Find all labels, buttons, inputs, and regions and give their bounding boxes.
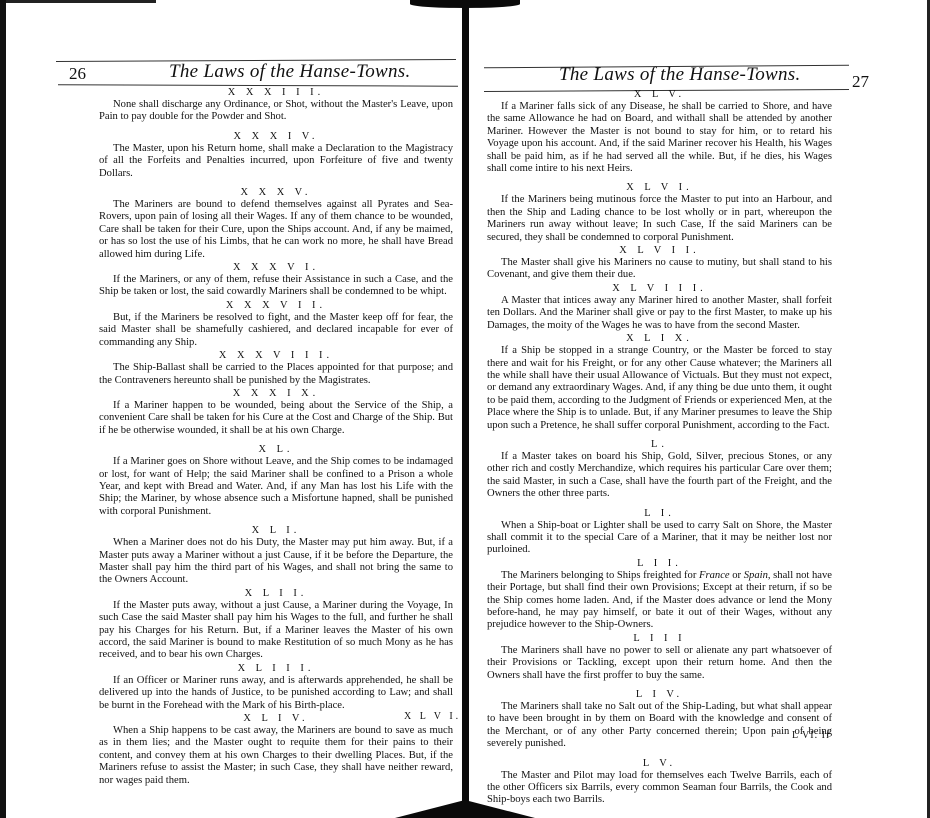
left-page: 26 The Laws of the Hanse-Towns. X X X I … xyxy=(6,0,462,818)
article-text-part: or xyxy=(730,570,744,581)
article-number: X L I. xyxy=(99,525,453,537)
article-number: X L I I I. xyxy=(99,663,453,675)
article-number: X L I X. xyxy=(487,333,832,345)
article-text: If the Mariners, or any of them, refuse … xyxy=(99,274,453,299)
article-text: If a Mariner goes on Shore without Leave… xyxy=(99,456,453,518)
spacer xyxy=(99,437,453,443)
article-number: X L. xyxy=(99,444,453,456)
article: X X X V.The Mariners are bound to defend… xyxy=(99,187,453,261)
place-name: France xyxy=(699,570,730,581)
article-text: If a Ship be stopped in a strange Countr… xyxy=(487,345,832,432)
article: X L.If a Mariner goes on Shore without L… xyxy=(99,444,453,524)
article-number: X L I I. xyxy=(99,588,453,600)
right-page: The Laws of the Hanse-Towns. 27 X L V.If… xyxy=(469,0,927,818)
article-text: The Mariners belonging to Ships freighte… xyxy=(487,570,832,632)
article: X X X V I I.But, if the Mariners be reso… xyxy=(99,300,453,349)
article-text: The Mariners shall take no Salt out of t… xyxy=(487,701,832,751)
book-gutter xyxy=(462,0,469,818)
article: X L V I I.The Master shall give his Mari… xyxy=(487,245,832,282)
article-number: X L V I I. xyxy=(487,245,832,257)
page-number: 26 xyxy=(69,64,86,84)
article-text: If a Mariner happen to be wounded, being… xyxy=(99,400,453,437)
right-page-body: X L V.If a Mariner falls sick of any Dis… xyxy=(487,88,832,807)
article-text: But, if the Mariners be resolved to figh… xyxy=(99,312,453,349)
catchword: X L V I. xyxy=(404,711,461,722)
article-text: When a Ship-boat or Lighter shall be use… xyxy=(487,520,832,557)
spacer xyxy=(487,682,832,688)
article-number: X L V I. xyxy=(487,182,832,194)
article-text-part: The Mariners belonging to Ships freighte… xyxy=(501,570,699,581)
article: L I I.The Mariners belonging to Ships fr… xyxy=(487,558,832,632)
article: X X X I I I.None shall discharge any Ord… xyxy=(99,87,453,130)
article-text: The Mariners shall have no power to sell… xyxy=(487,645,832,682)
article-number: L V. xyxy=(487,758,832,770)
article: X L V I.If the Mariners being mutinous f… xyxy=(487,182,832,244)
article-text: If the Master puts away, without a just … xyxy=(99,600,453,662)
article-text: If an Officer or Mariner runs away, and … xyxy=(99,675,453,712)
article-text: The Mariners are bound to defend themsel… xyxy=(99,199,453,261)
article: X L I X.If a Ship be stopped in a strang… xyxy=(487,333,832,438)
article: X X X V I.If the Mariners, or any of the… xyxy=(99,262,453,299)
running-title: The Laws of the Hanse-Towns. xyxy=(169,61,411,83)
article-number: X X X V I. xyxy=(99,262,453,274)
left-page-body: X X X I I I.None shall discharge any Ord… xyxy=(99,86,453,787)
article-text: If a Master takes on board his Ship, Gol… xyxy=(487,451,832,501)
article-number: L I I. xyxy=(487,558,832,570)
article: X X X I X.If a Mariner happen to be woun… xyxy=(99,388,453,443)
article-text: The Master and Pilot may load for themse… xyxy=(487,770,832,807)
page-number: 27 xyxy=(852,72,869,92)
article-number: X X X V. xyxy=(99,187,453,199)
spacer xyxy=(487,432,832,438)
spacer xyxy=(99,518,453,524)
spacer xyxy=(99,124,453,130)
spacer xyxy=(99,180,453,186)
article-number: X X X V I I I. xyxy=(99,350,453,362)
article-number: L I. xyxy=(487,508,832,520)
article-number: X X X I I I. xyxy=(99,87,453,99)
article-text: The Ship-Ballast shall be carried to the… xyxy=(99,362,453,387)
article-text: A Master that intices away any Mariner h… xyxy=(487,295,832,332)
article-text: The Master shall give his Mariners no ca… xyxy=(487,257,832,282)
spacer xyxy=(487,175,832,181)
article: X L I.When a Mariner does not do his Dut… xyxy=(99,525,453,587)
article-text: The Master, upon his Return home, shall … xyxy=(99,143,453,180)
article-number: L I V. xyxy=(487,689,832,701)
article-number: L I I I xyxy=(487,633,832,645)
article: L.If a Master takes on board his Ship, G… xyxy=(487,439,832,507)
catchword: L VI. If xyxy=(792,730,830,741)
article: X L V I I I.A Master that intices away a… xyxy=(487,283,832,332)
article: X L V.If a Mariner falls sick of any Dis… xyxy=(487,89,832,181)
article-number: X X X V I I. xyxy=(99,300,453,312)
article-number: X X X I V. xyxy=(99,131,453,143)
article: X L I I I.If an Officer or Mariner runs … xyxy=(99,663,453,712)
article: L I.When a Ship-boat or Lighter shall be… xyxy=(487,508,832,557)
article: X X X V I I I.The Ship-Ballast shall be … xyxy=(99,350,453,387)
spacer xyxy=(487,751,832,757)
article-text: If a Mariner falls sick of any Disease, … xyxy=(487,101,832,175)
article-number: X X X I X. xyxy=(99,388,453,400)
article-number: X L V I I I. xyxy=(487,283,832,295)
place-name: Spain xyxy=(744,570,768,581)
spacer xyxy=(487,501,832,507)
article-text: When a Ship happens to be cast away, the… xyxy=(99,725,453,787)
article-number: L. xyxy=(487,439,832,451)
article-number: X L V. xyxy=(487,89,832,101)
running-title: The Laws of the Hanse-Towns. xyxy=(559,64,801,86)
article: L I V.The Mariners shall take no Salt ou… xyxy=(487,689,832,757)
article-text: None shall discharge any Ordinance, or S… xyxy=(99,99,453,124)
article: X L I V.When a Ship happens to be cast a… xyxy=(99,713,453,787)
article: X X X I V.The Master, upon his Return ho… xyxy=(99,131,453,186)
article: L I I IThe Mariners shall have no power … xyxy=(487,633,832,688)
article: X L I I.If the Master puts away, without… xyxy=(99,588,453,662)
article-text: If the Mariners being mutinous force the… xyxy=(487,194,832,244)
article-text: When a Mariner does not do his Duty, the… xyxy=(99,537,453,587)
article: L V.The Master and Pilot may load for th… xyxy=(487,758,832,807)
article-number: X L I V. xyxy=(99,713,453,725)
